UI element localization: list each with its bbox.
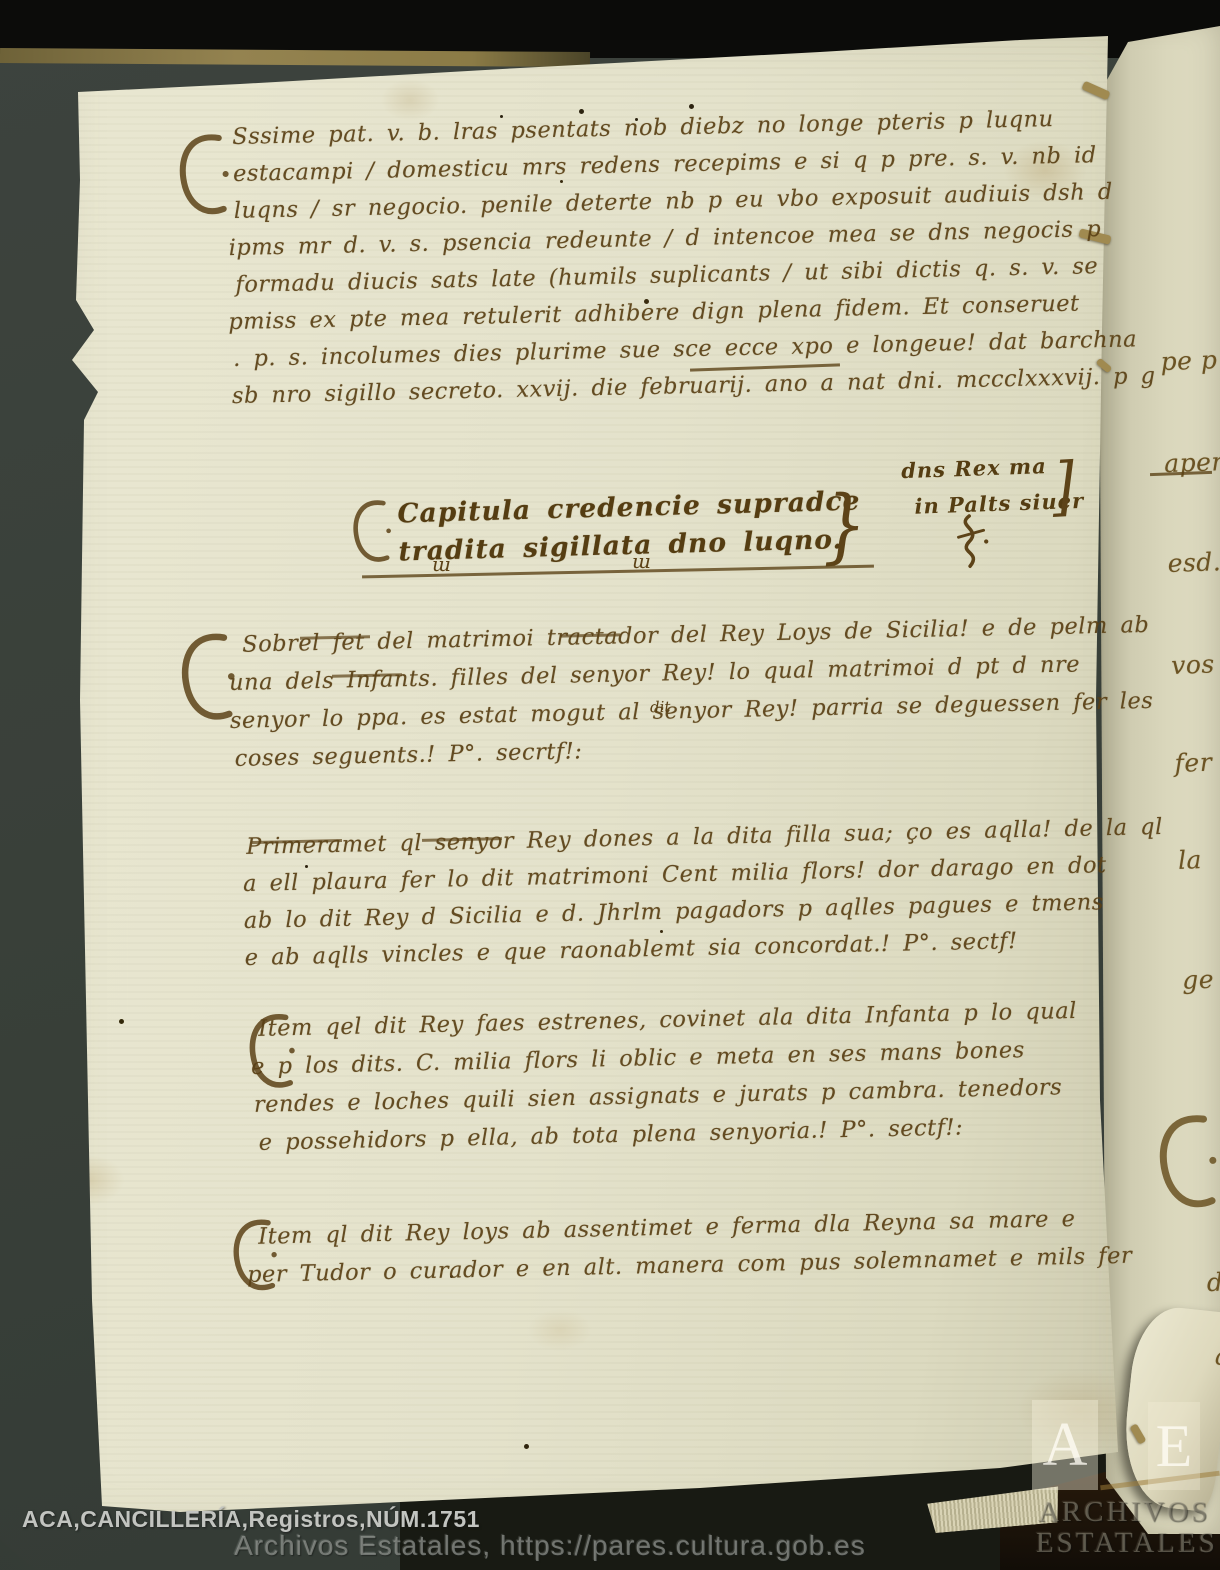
facing-page-fragment: fer xyxy=(1174,748,1212,778)
archive-credit-watermark: Archivos Estatales, https://pares.cultur… xyxy=(0,1530,1100,1562)
archive-logo-word: ARCHIVOS xyxy=(1038,1496,1210,1529)
archive-logo-letter-e: E xyxy=(1148,1402,1200,1490)
flourish-squiggle: ɯ xyxy=(632,549,651,573)
archive-reference-watermark: ACA,CANCILLERÍA,Registros,NÚM.1751 xyxy=(22,1506,480,1533)
interline-note: dit xyxy=(650,698,671,717)
closing-brace: } xyxy=(821,477,868,573)
book-board-edge xyxy=(0,48,590,67)
facing-page-fragment: esd. xyxy=(1167,547,1220,578)
background-top-shadow-right xyxy=(600,0,1220,40)
paragraph-latin-letter: Sssime pat. v. b. lras psentats nob dieb… xyxy=(232,104,1156,420)
flourish-squiggle: ɯ xyxy=(432,552,451,576)
facing-page-fragment: ge xyxy=(1182,965,1215,995)
margin-bracket: ] xyxy=(1050,448,1076,524)
facing-page-fragment: q xyxy=(1213,1341,1220,1371)
paragraph-mark-icon xyxy=(349,491,394,574)
paragraph-mark-icon xyxy=(175,126,234,224)
paragraph-primerament: Primeramet ql senyor Rey dones a la dita… xyxy=(242,814,1166,982)
paragraph-estrenes: Item qel dit Rey faes estrenes, covinet … xyxy=(250,998,1080,1168)
facing-page-fragment: la xyxy=(1178,845,1203,875)
archive-photo-viewer: Sssime pat. v. b. lras psentats nob dieb… xyxy=(0,0,1220,1570)
facing-page-fragment: vos xyxy=(1171,649,1216,680)
facing-page-fragment: pe p xyxy=(1160,345,1218,376)
heading-capitula: Capitula credencie supradce tradita sigi… xyxy=(397,486,862,575)
archive-logo-word: ESTATALES xyxy=(1036,1527,1218,1560)
facing-page-fragment: di xyxy=(1206,1267,1220,1297)
notary-rubric-icon xyxy=(949,510,995,576)
archive-logo-letter-a: A xyxy=(1032,1400,1098,1490)
